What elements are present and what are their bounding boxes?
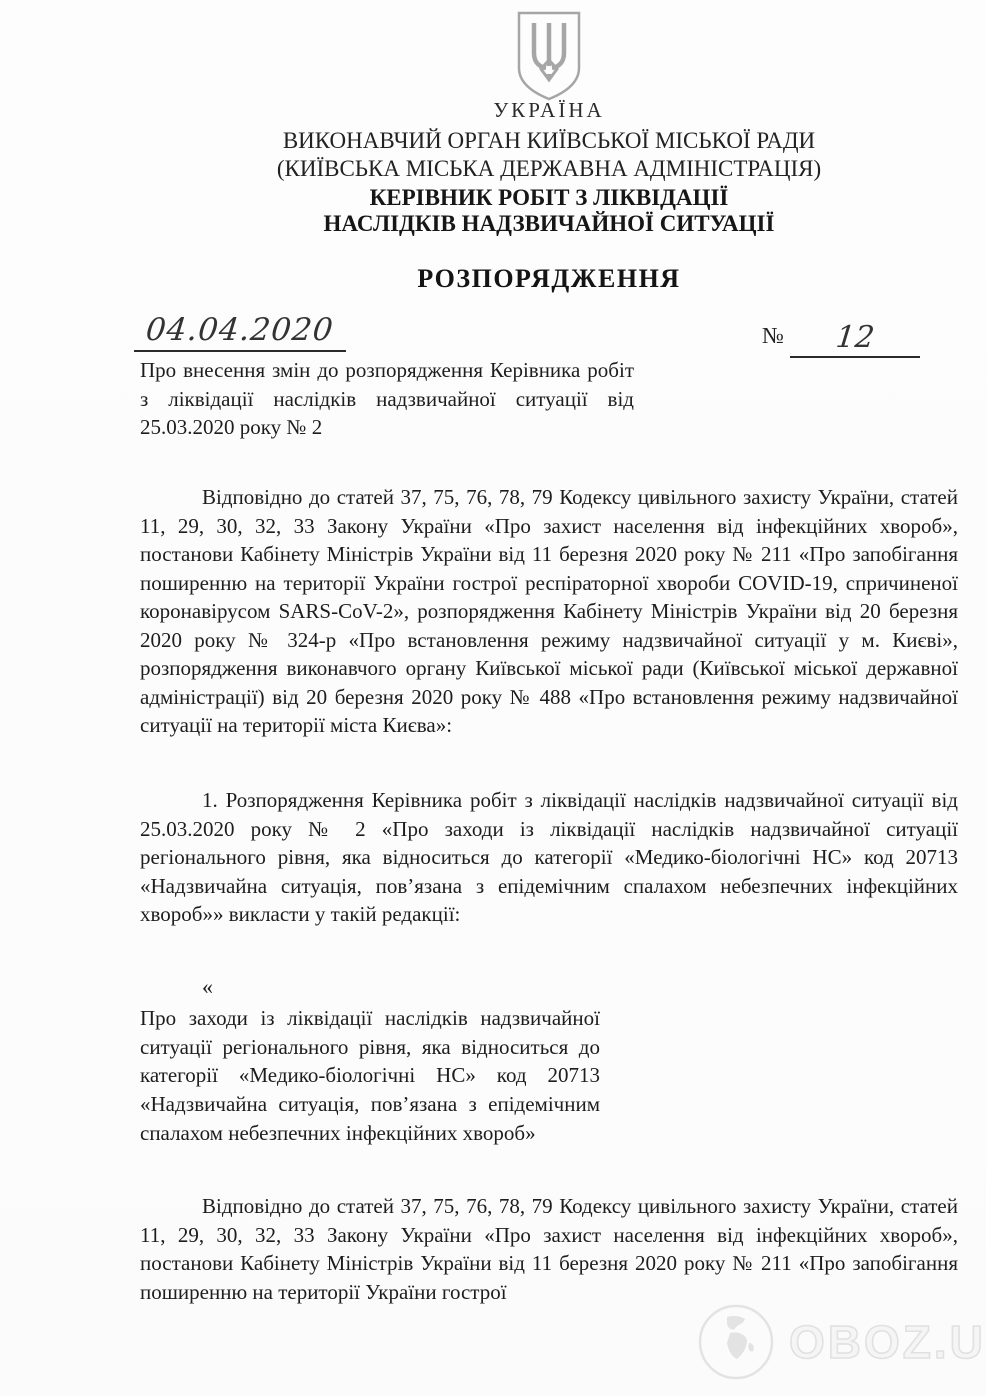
watermark-text: OBOZ.UA — [789, 1315, 986, 1369]
issuer-role-line1: КЕРІВНИК РОБІТ З ЛІКВІДАЦІЇ — [140, 185, 958, 211]
watermark: OBOZ.UA — [697, 1303, 986, 1381]
coat-of-arms — [140, 10, 958, 107]
handwritten-date: 04.04.2020 — [144, 312, 335, 348]
number-field: №12 — [762, 314, 920, 352]
quote-open-mark: « — [202, 974, 213, 1000]
trident-emblem-icon — [511, 10, 587, 102]
preamble-paragraph: Відповідно до статей 37, 75, 76, 78, 79 … — [140, 483, 958, 740]
subject-block: Про внесення змін до розпорядження Керів… — [140, 356, 634, 442]
country-name: УКРАЇНА — [140, 98, 958, 123]
document-page: УКРАЇНА ВИКОНАВЧИЙ ОРГАН КИЇВСЬКОЇ МІСЬК… — [0, 0, 986, 1396]
quoted-subject-block: Про заходи із ліквідації наслідків надзв… — [140, 1004, 600, 1148]
preamble-repeat-paragraph: Відповідно до статей 37, 75, 76, 78, 79 … — [140, 1192, 958, 1306]
org-name-line1: ВИКОНАВЧИЙ ОРГАН КИЇВСЬКОЇ МІСЬКОЇ РАДИ — [140, 128, 958, 154]
document-title: РОЗПОРЯДЖЕННЯ — [140, 264, 958, 294]
globe-icon — [697, 1303, 775, 1381]
org-name-line2: (КИЇВСЬКА МІСЬКА ДЕРЖАВНА АДМІНІСТРАЦІЯ) — [140, 156, 958, 182]
issuer-role-line2: НАСЛІДКІВ НАДЗВИЧАЙНОЇ СИТУАЦІЇ — [140, 211, 958, 237]
handwritten-number: 12 — [834, 320, 876, 355]
number-sign-label: № — [762, 323, 784, 348]
number-line: 12 — [790, 320, 920, 358]
item1-paragraph: 1. Розпорядження Керівника робіт з лікві… — [140, 786, 958, 929]
date-number-row: 04.04.2020 №12 — [140, 312, 958, 356]
date-field: 04.04.2020 — [134, 312, 346, 352]
